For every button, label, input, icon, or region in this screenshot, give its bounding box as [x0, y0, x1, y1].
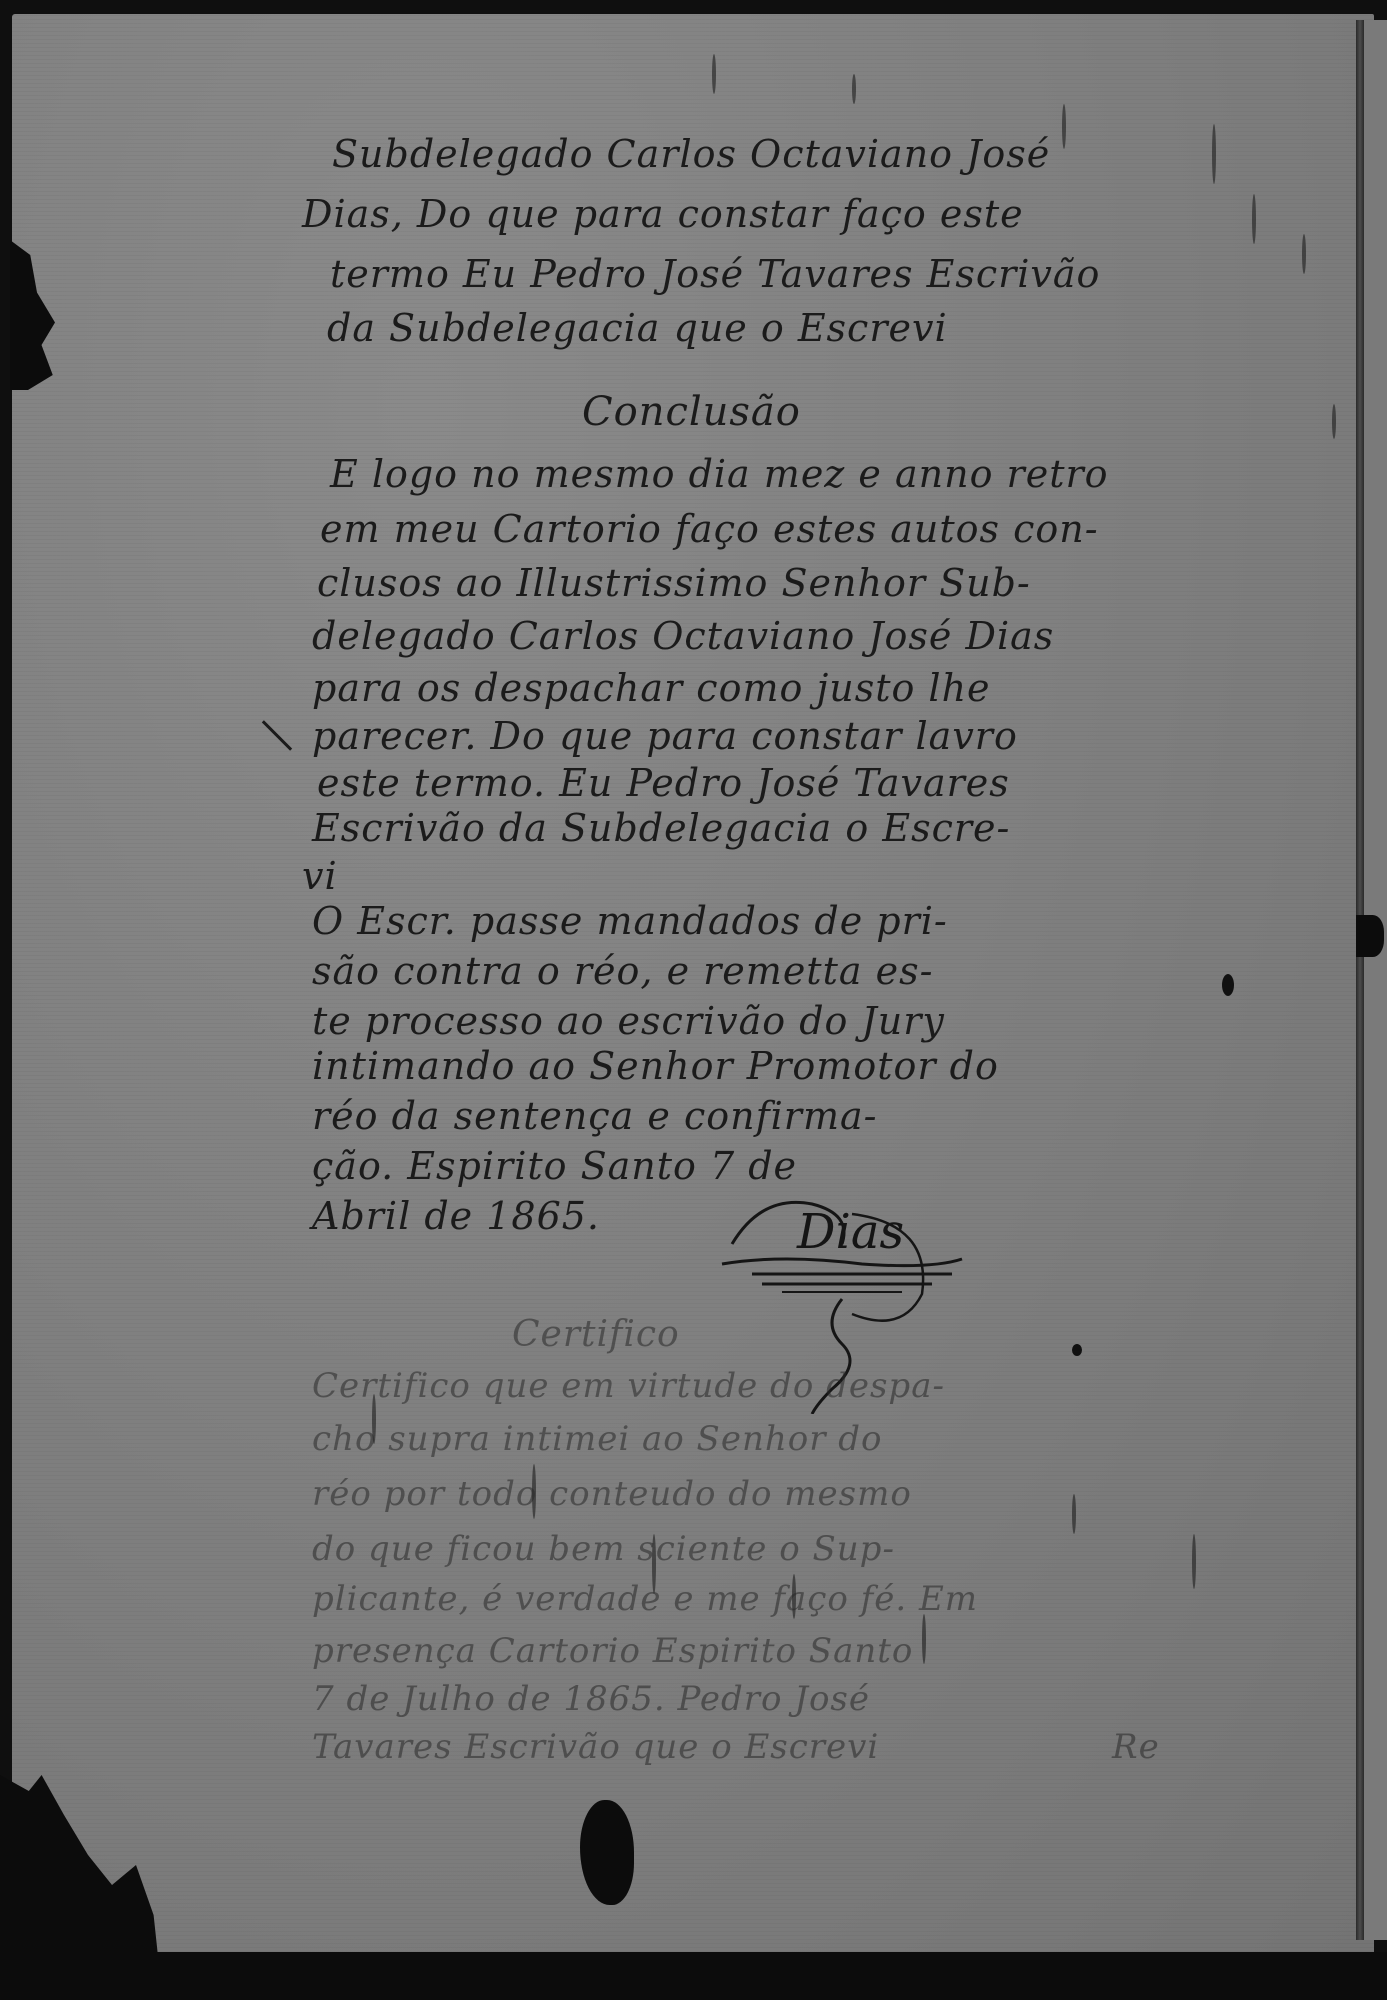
ink-drip [1072, 1494, 1076, 1534]
initial-mark: Re [1112, 1727, 1160, 1767]
text-line: Certifico que em virtude do despa- [312, 1366, 945, 1406]
text-line: réo da sentença e confirma- [312, 1094, 878, 1138]
text-line: E logo no mesmo dia mez e anno retro [330, 452, 1109, 496]
text-line: intimando ao Senhor Promotor do [312, 1044, 999, 1088]
text-line: para os despachar como justo lhe [312, 666, 991, 710]
margin-mark [262, 720, 292, 750]
signature-name: Dias [797, 1204, 904, 1260]
text-line: plicante, é verdade e me faço fé. Em [312, 1579, 978, 1619]
ink-drip [1302, 234, 1306, 274]
text-line: 7 de Julho de 1865. Pedro José [312, 1679, 870, 1719]
text-line: em meu Cartorio faço estes autos con- [320, 507, 1099, 551]
text-line: parecer. Do que para constar lavro [312, 714, 1018, 758]
text-line: te processo ao escrivão do Jury [312, 999, 945, 1043]
text-line: este termo. Eu Pedro José Tavares [317, 761, 1010, 805]
text-line: são contra o réo, e remetta es- [312, 949, 933, 993]
page-fold [1356, 20, 1364, 1940]
text-line: Abril de 1865. [312, 1194, 600, 1238]
text-line: O Escr. passe mandados de pri- [312, 899, 948, 943]
text-line: do que ficou bem sciente o Sup- [312, 1529, 895, 1569]
section-heading: Conclusão [582, 389, 801, 435]
text-line: Escrivão da Subdelegacia o Escre- [312, 806, 1010, 850]
signature: Dias [702, 1174, 1002, 1354]
ink-drip [852, 74, 856, 104]
text-line: Dias, Do que para constar faço este [302, 192, 1024, 236]
ink-drip [712, 54, 716, 94]
text-line: réo por todo conteudo do mesmo [312, 1474, 912, 1514]
section-heading: Certifico [512, 1314, 680, 1355]
torn-edge-right [1356, 915, 1384, 957]
text-line: clusos ao Illustrissimo Senhor Sub- [317, 561, 1031, 605]
text-line: da Subdelegacia que o Escrevi [327, 306, 948, 350]
text-line: vi [302, 854, 338, 898]
manuscript-page: Subdelegado Carlos Octaviano José Dias, … [12, 14, 1374, 1964]
ink-drip [1212, 124, 1216, 184]
text-line: Tavares Escrivão que o Escrevi [312, 1727, 879, 1767]
scanned-document: Subdelegado Carlos Octaviano José Dias, … [0, 0, 1387, 2000]
text-line: termo Eu Pedro José Tavares Escrivão [330, 252, 1100, 296]
ink-blot [1222, 974, 1234, 996]
text-line: presença Cartorio Espirito Santo [312, 1631, 913, 1671]
ink-drip [1252, 194, 1256, 244]
text-line: cho supra intimei ao Senhor do [312, 1419, 883, 1459]
adjacent-leaf-edge [1364, 20, 1387, 1940]
ink-drip [1062, 104, 1066, 149]
ink-blot [1072, 1344, 1082, 1356]
scan-border-bottom [0, 1952, 1387, 2000]
ink-drip [922, 1614, 926, 1664]
ink-drip [1332, 404, 1336, 439]
ink-drip [1192, 1534, 1196, 1589]
text-line: delegado Carlos Octaviano José Dias [312, 614, 1054, 658]
text-line: Subdelegado Carlos Octaviano José [332, 132, 1050, 176]
